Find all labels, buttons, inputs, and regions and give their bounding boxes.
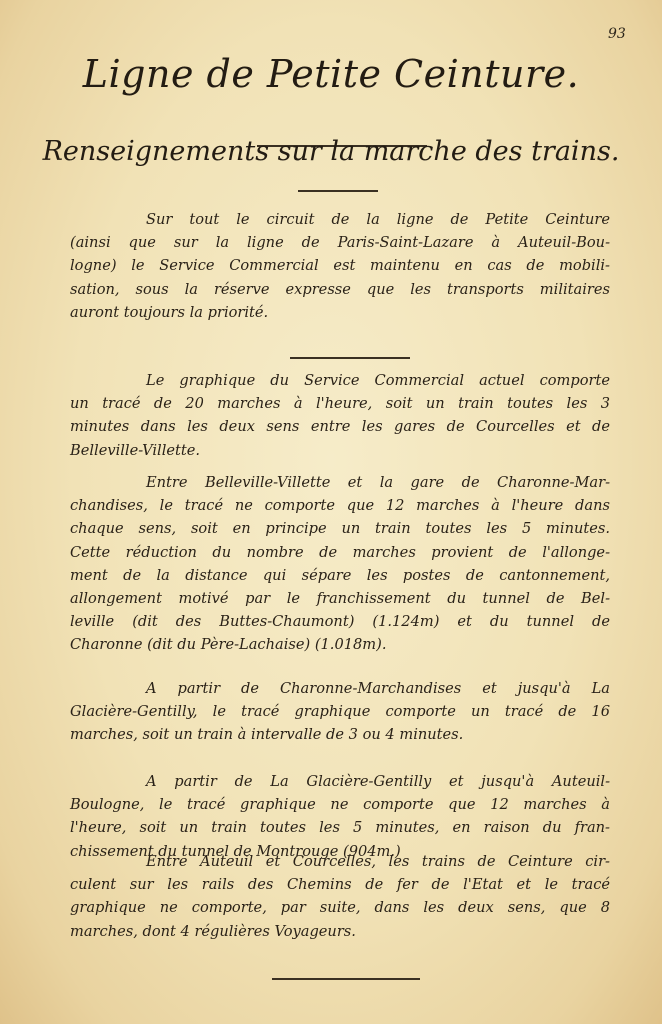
page-subtitle: Renseignements sur la marche des trains. xyxy=(0,136,662,167)
text-line: Entre Belleville-Villette et la gare de … xyxy=(70,471,610,494)
page-title: Ligne de Petite Ceinture. xyxy=(0,52,662,96)
paragraph-graphique: Le graphique du Service Commercial actue… xyxy=(70,369,610,462)
section-divider xyxy=(290,357,410,359)
text-line: Belleville-Villette. xyxy=(70,439,610,462)
text-line: leville (dit des Buttes-Chaumont) (1.124… xyxy=(70,610,610,633)
text-line: A partir de La Glacière-Gentilly et jusq… xyxy=(70,770,610,793)
text-line: culent sur les rails des Chemins de fer … xyxy=(70,873,610,896)
text-line: chaque sens, soit en principe un train t… xyxy=(70,517,610,540)
text-line: (ainsi que sur la ligne de Paris-Saint-L… xyxy=(70,231,610,254)
text-line: chandises, le tracé ne comporte que 12 m… xyxy=(70,494,610,517)
paragraph-auteuil-courcelles: Entre Auteuil et Courcelles, les trains … xyxy=(70,850,610,943)
text-line: Entre Auteuil et Courcelles, les trains … xyxy=(70,850,610,873)
paragraph-glaciere-auteuil: A partir de La Glacière-Gentilly et jusq… xyxy=(70,770,610,863)
text-line: Sur tout le circuit de la ligne de Petit… xyxy=(70,208,610,231)
text-line: sation, sous la réserve expresse que les… xyxy=(70,278,610,301)
text-line: l'heure, soit un train toutes les 5 minu… xyxy=(70,816,610,839)
paragraph-charonne-glaciere: A partir de Charonne-Marchandises et jus… xyxy=(70,677,610,747)
text-line: Le graphique du Service Commercial actue… xyxy=(70,369,610,392)
paragraph-belleville-charonne: Entre Belleville-Villette et la gare de … xyxy=(70,471,610,657)
text-line: graphique ne comporte, par suite, dans l… xyxy=(70,896,610,919)
text-line: Charonne (dit du Père-Lachaise) (1.018m)… xyxy=(70,633,610,656)
subtitle-divider xyxy=(298,190,378,192)
text-line: Cette réduction du nombre de marches pro… xyxy=(70,541,610,564)
paragraph-mobilisation: Sur tout le circuit de la ligne de Petit… xyxy=(70,208,610,324)
text-line: marches, dont 4 régulières Voyageurs. xyxy=(70,920,610,943)
text-line: auront toujours la priorité. xyxy=(70,301,610,324)
text-line: un tracé de 20 marches à l'heure, soit u… xyxy=(70,392,610,415)
text-line: logne) le Service Commercial est mainten… xyxy=(70,254,610,277)
manuscript-page: 93 Ligne de Petite Ceinture. Renseigneme… xyxy=(0,0,662,1024)
text-line: ment de la distance qui sépare les poste… xyxy=(70,564,610,587)
page-number: 93 xyxy=(608,26,626,42)
end-divider xyxy=(272,978,420,980)
text-line: allongement motivé par le franchissement… xyxy=(70,587,610,610)
text-line: Boulogne, le tracé graphique ne comporte… xyxy=(70,793,610,816)
text-line: Glacière-Gentilly, le tracé graphique co… xyxy=(70,700,610,723)
text-line: minutes dans les deux sens entre les gar… xyxy=(70,415,610,438)
text-line: marches, soit un train à intervalle de 3… xyxy=(70,723,610,746)
text-line: A partir de Charonne-Marchandises et jus… xyxy=(70,677,610,700)
